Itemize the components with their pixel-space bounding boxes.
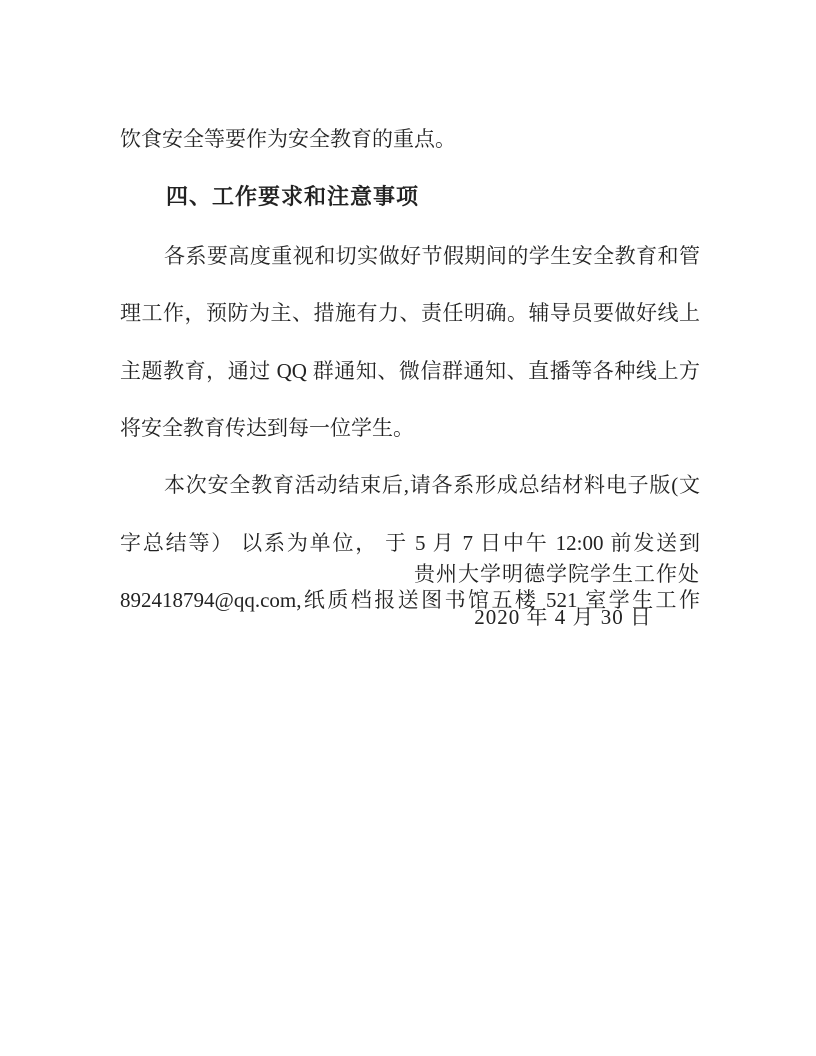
signature-date: 2020 年 4 月 30 日: [120, 602, 700, 632]
document-page: 饮食安全等要作为安全教育的重点。 四、工作要求和注意事项 各系要高度重视和切实做…: [0, 0, 816, 1056]
section-heading-requirements: 四、工作要求和注意事项: [120, 179, 700, 215]
body-line-departments-attention: 各系要高度重视和切实做好节假期间的学生安全教育和管: [120, 238, 700, 274]
body-line-online-channels: 主题教育，通过 QQ 群通知、微信群通知、直播等各种线上方式: [120, 353, 700, 389]
body-line-summary-material: 本次安全教育活动结束后,请各系形成总结材料电子版(文: [120, 467, 700, 503]
body-line-prevention: 理工作，预防为主、措施有力、责任明确。辅导员要做好线上: [120, 295, 700, 331]
signature-issuer: 贵州大学明德学院学生工作处: [120, 559, 700, 589]
body-line-reach-students: 将安全教育传达到每一位学生。: [120, 410, 700, 446]
body-line-deadline: 字总结等） 以系为单位， 于 5 月 7 日中午 12:00 前发送到: [120, 525, 700, 561]
body-line-food-safety: 饮食安全等要作为安全教育的重点。: [120, 121, 700, 157]
